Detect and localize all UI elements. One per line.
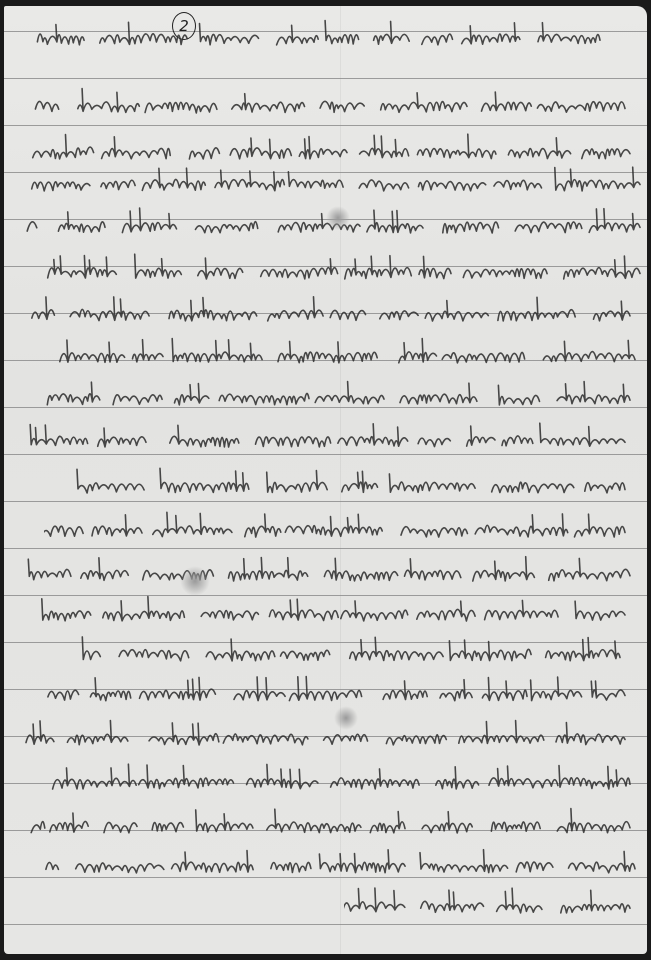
rule-line [4,125,647,126]
handwritten-line [64,466,629,500]
handwritten-line [29,294,634,328]
handwritten-line [44,846,639,880]
letter-page: 2 [4,6,647,954]
handwritten-line [39,594,629,628]
smudge [334,706,358,730]
rule-line [4,78,647,79]
handwritten-line [54,336,639,370]
handwritten-line [29,420,629,454]
rule-line [4,924,647,925]
handwritten-line [79,634,624,668]
handwritten-line [44,378,634,412]
handwritten-line [34,762,634,796]
handwritten-line [39,674,629,708]
handwritten-line [44,252,644,286]
smudge [326,206,350,230]
handwritten-line [24,718,629,752]
rule-line [4,454,647,455]
rule-line [4,548,647,549]
handwritten-line [44,510,629,544]
rule-line [4,501,647,502]
handwritten-line [24,164,644,198]
handwritten-line [24,554,634,588]
handwritten-line [344,886,634,920]
handwritten-line [24,132,634,166]
handwritten-line [34,86,629,120]
handwritten-line [29,806,634,840]
smudge [180,566,210,596]
handwritten-line [34,18,604,52]
